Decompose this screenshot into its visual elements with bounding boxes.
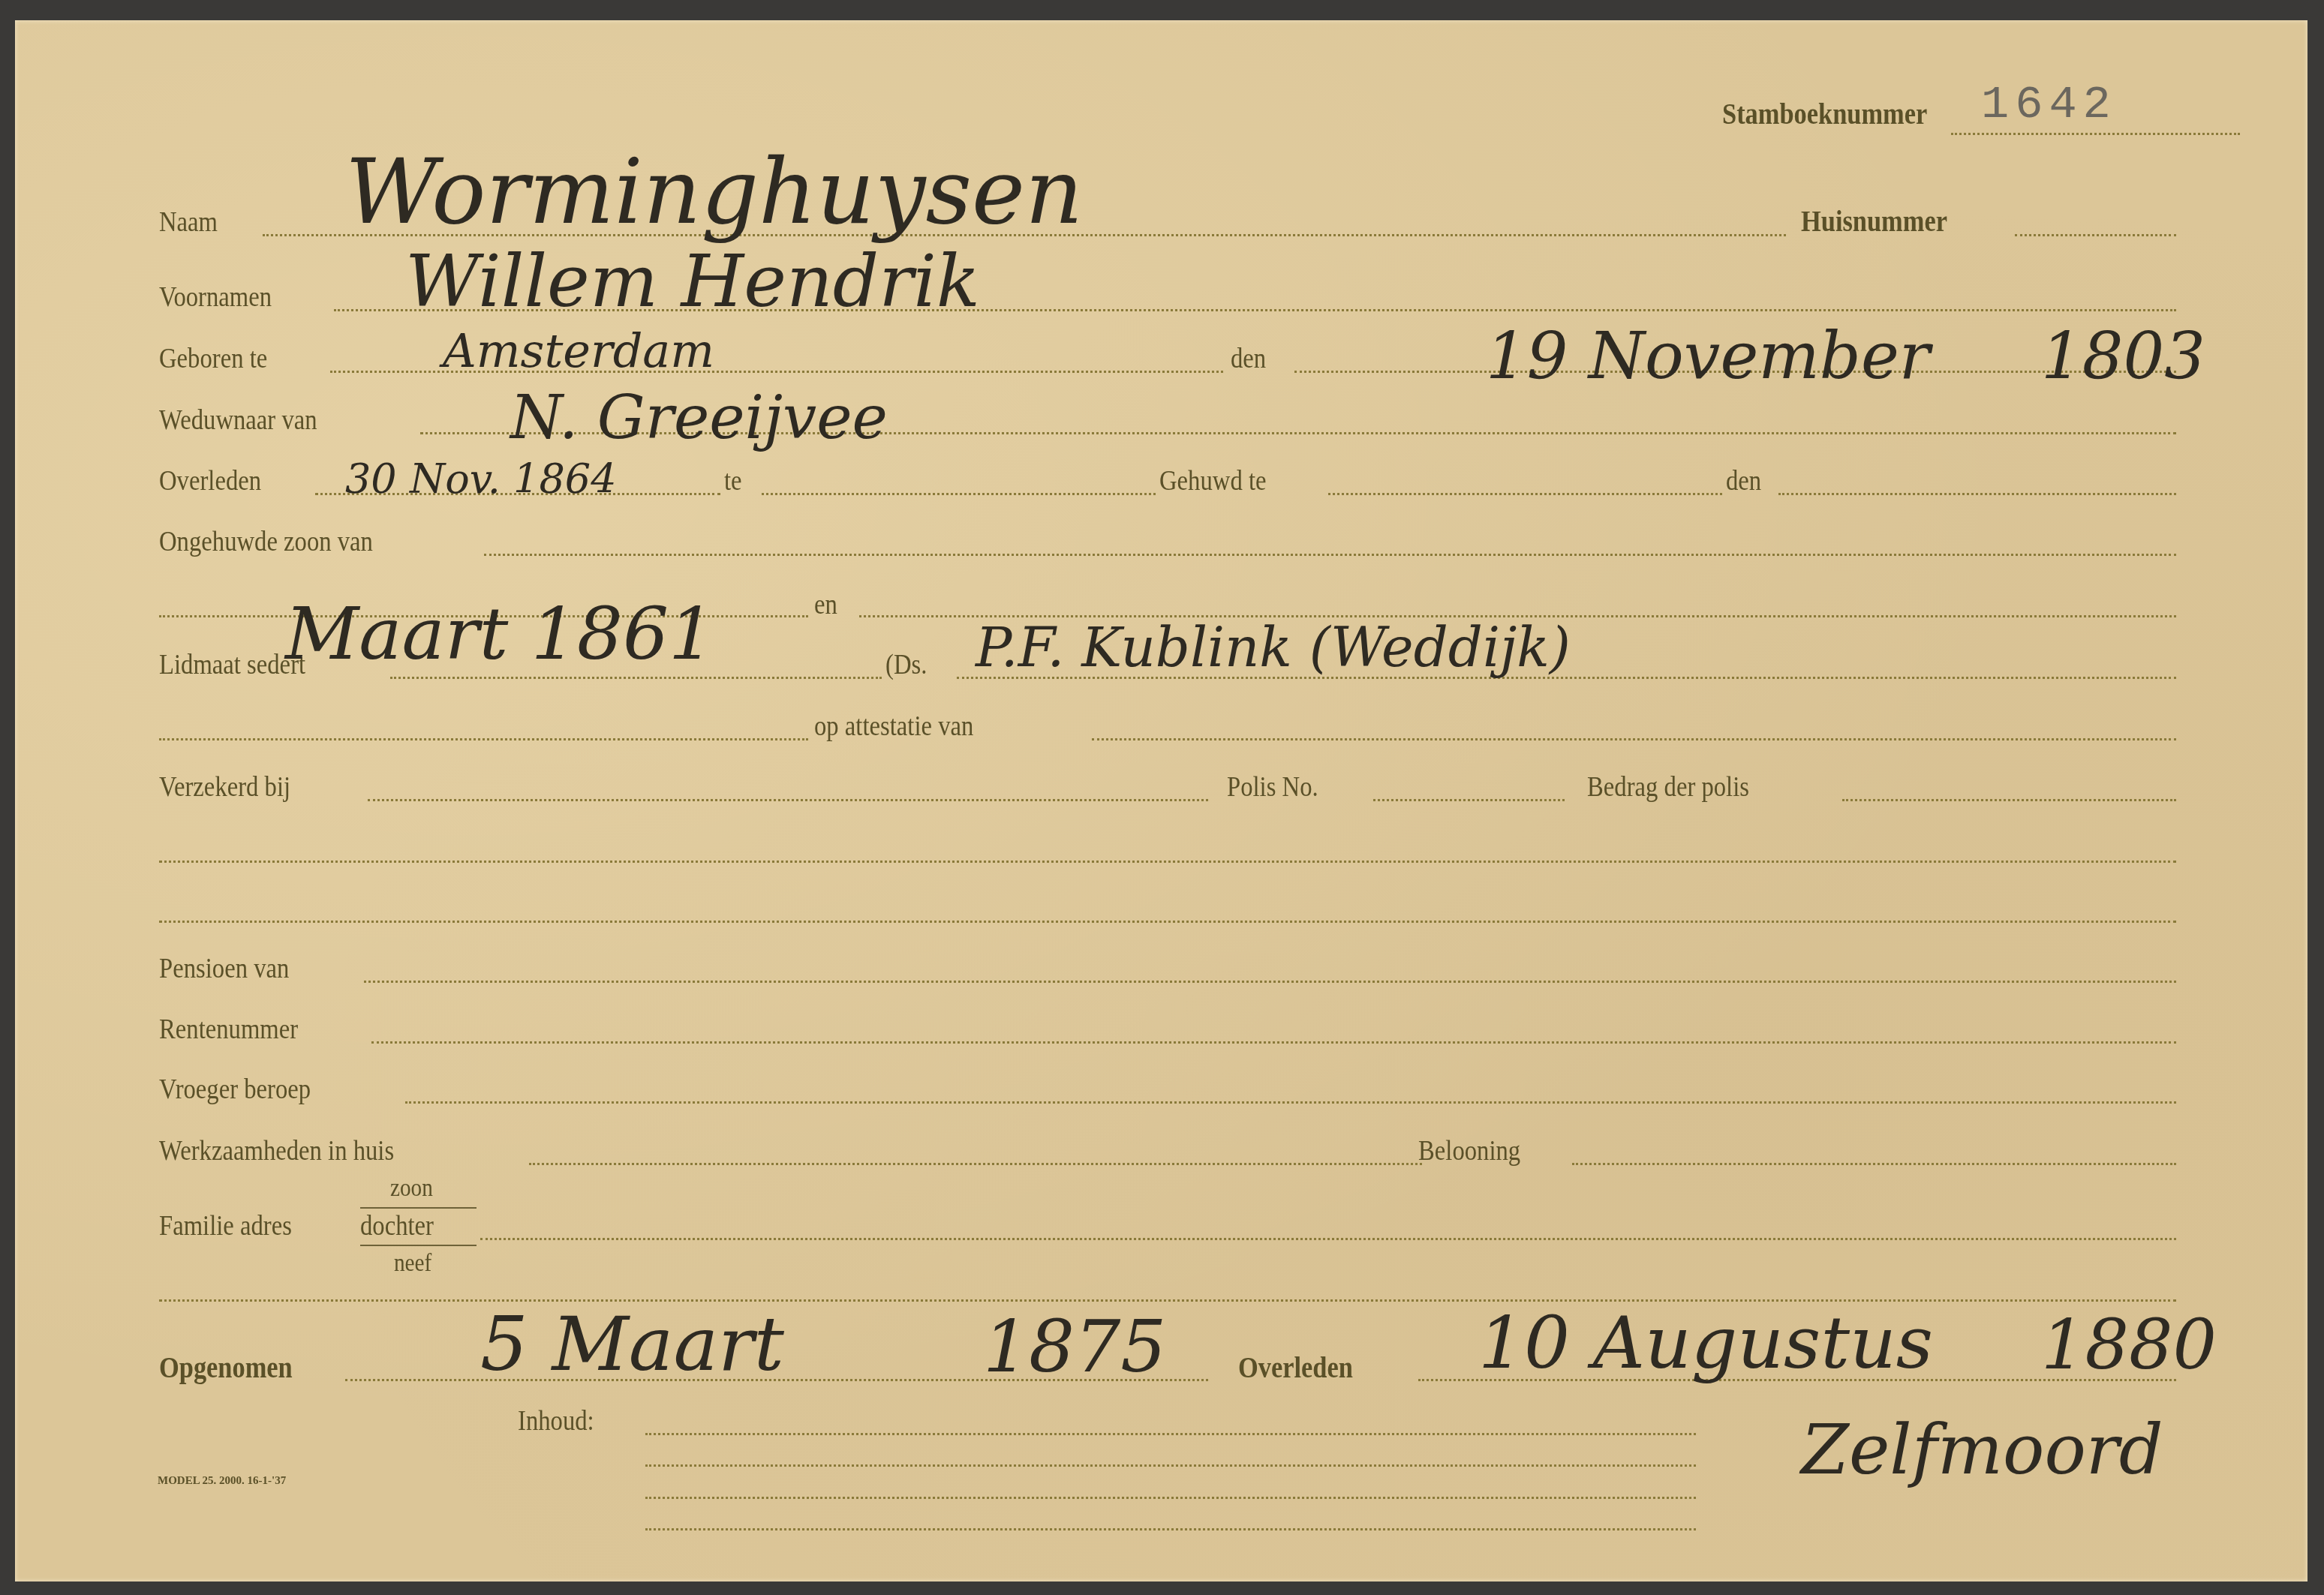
inhoud-line-2: [645, 1464, 1696, 1467]
beroep-line: [405, 1101, 2176, 1104]
registration-card: Stamboeknummer 1642 Naam Worminghuysen H…: [15, 20, 2307, 1581]
stamboeknummer-label: Stamboeknummer: [1722, 99, 1927, 129]
geboren-date: 19 November: [1486, 324, 1930, 389]
geboren-year: 1803: [2041, 324, 2205, 389]
ongehuwde-line: [484, 554, 2176, 556]
gehuwd-den-line: [1778, 493, 2176, 495]
verzekerd-label: Verzekerd bij: [159, 773, 290, 801]
overleden-date: 10 Augustus: [1478, 1307, 1933, 1379]
gehuwd-den-label: den: [1726, 467, 1761, 495]
gehuwd-label: Gehuwd te: [1159, 467, 1266, 495]
rentenummer-line: [371, 1041, 2176, 1044]
pensioen-label: Pensioen van: [159, 954, 289, 983]
overleden-spouse-value: 30 Nov. 1864: [345, 459, 617, 500]
familie-option-zoon: zoon: [390, 1176, 433, 1201]
polis-label: Polis No.: [1227, 773, 1318, 801]
familie-option-neef: neef: [394, 1251, 431, 1276]
lidmaat-label: Lidmaat sedert: [159, 650, 305, 679]
beroep-label: Vroeger beroep: [159, 1075, 311, 1104]
familie-rule-bottom: [360, 1245, 477, 1246]
belooning-line: [1572, 1163, 2176, 1165]
gehuwd-line: [1328, 493, 1722, 495]
ongehuwde-label: Ongehuwde zoon van: [159, 527, 373, 556]
voornamen-value: Willem Hendrik: [405, 245, 980, 317]
familie-label: Familie adres: [159, 1212, 292, 1240]
attestatie-left-line: [159, 738, 808, 740]
verzekerd-line-2: [159, 861, 2176, 863]
inhoud-value: Zelfmoord: [1801, 1416, 2163, 1485]
polis-line: [1373, 799, 1565, 801]
huisnummer-line: [2015, 234, 2176, 236]
opgenomen-label: Opgenomen: [159, 1353, 293, 1383]
verzekerd-line: [368, 799, 1208, 801]
overleden-te-line: [762, 493, 1156, 495]
geboren-label: Geboren te: [159, 344, 267, 373]
voornamen-label: Voornamen: [159, 283, 272, 311]
familie-rule-top: [360, 1207, 477, 1209]
werkzaamheden-label: Werkzaamheden in huis: [159, 1137, 394, 1165]
opgenomen-date: 5 Maart: [480, 1307, 784, 1382]
geboren-place: Amsterdam: [443, 328, 714, 374]
inhoud-line-4: [645, 1528, 1696, 1530]
huisnummer-label: Huisnummer: [1801, 206, 1947, 236]
werkzaamheden-line: [529, 1163, 1422, 1165]
pensioen-line: [364, 981, 2176, 983]
overleden-te-label: te: [724, 467, 742, 495]
familie-option-dochter: dochter: [360, 1212, 434, 1240]
belooning-label: Belooning: [1418, 1137, 1520, 1165]
lidmaat-value: Maart 1861: [285, 598, 714, 670]
model-footer: MODEL 25. 2000. 16-1-'37: [158, 1476, 286, 1487]
weduwnaar-label: Weduwnaar van: [159, 406, 317, 434]
bedrag-label: Bedrag der polis: [1587, 773, 1749, 801]
inhoud-line-3: [645, 1497, 1696, 1499]
attestatie-line: [1092, 738, 2176, 740]
stamboeknummer-value: 1642: [1981, 82, 2117, 128]
verzekerd-line-3: [159, 921, 2176, 923]
naam-label: Naam: [159, 208, 218, 236]
opgenomen-year: 1875: [983, 1311, 1166, 1383]
stamboeknummer-line: [1951, 133, 2240, 135]
geboren-den-label: den: [1231, 344, 1266, 373]
ds-value: P.F. Kublink (Weddijk): [976, 620, 1571, 674]
overleden-label: Overleden: [1238, 1353, 1353, 1383]
overleden-spouse-label: Overleden: [159, 467, 261, 495]
inhoud-label: Inhoud:: [518, 1407, 594, 1435]
naam-value: Worminghuysen: [345, 148, 1083, 238]
bedrag-line: [1842, 799, 2176, 801]
rentenummer-label: Rentenummer: [159, 1015, 298, 1044]
familie-line: [480, 1238, 2176, 1240]
ongehuwde-en-label: en: [814, 590, 837, 619]
attestatie-label: op attestatie van: [814, 712, 973, 740]
lidmaat-line: [390, 677, 882, 679]
inhoud-line-1: [645, 1433, 1696, 1435]
weduwnaar-value: N. Greeijvee: [510, 388, 888, 448]
overleden-year: 1880: [2041, 1311, 2217, 1380]
ds-label: (Ds.: [885, 650, 927, 679]
